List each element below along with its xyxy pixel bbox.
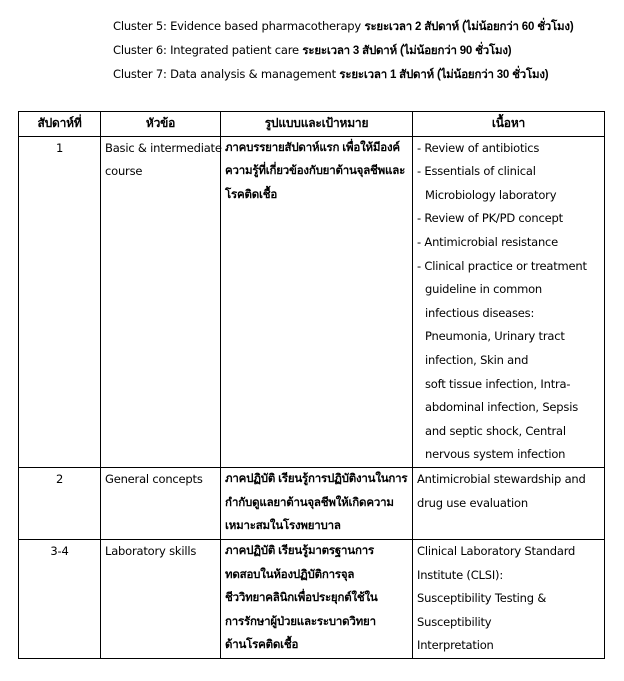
cell-goal: ภาคปฏิบัติ เรียนรู้การปฏิบัติงานในการกำก…	[221, 467, 413, 539]
cluster-duration: ระยะเวลา 2 สัปดาห์ (ไม่น้อยกว่า 60 ชั่วโ…	[364, 21, 573, 33]
cluster-label: Cluster 5: Evidence based pharmacotherap…	[113, 19, 361, 33]
cell-goal: ภาคปฏิบัติ เรียนรู้มาตรฐานการทดสอบในห้อง…	[221, 539, 413, 658]
cell-topic-line: Basic & intermediate	[105, 137, 216, 161]
cell-goal-line: ความรู้ที่เกี่ยวข้องกับยาต้านจุลชีพและ	[225, 160, 408, 184]
cell-content-line: Pneumonia, Urinary tract	[417, 325, 600, 349]
cell-goal-line: การรักษาผู้ป่วยและระบาดวิทยา	[225, 611, 408, 635]
cell-content-line: drug use evaluation	[417, 492, 600, 516]
cluster-list: Cluster 5: Evidence based pharmacotherap…	[113, 14, 573, 86]
cell-week-line: 3-4	[23, 540, 96, 564]
cell-goal-line: ภาคปฏิบัติ เรียนรู้มาตรฐานการ	[225, 540, 408, 564]
cell-content-line: - Review of PK/PD concept	[417, 207, 600, 231]
cluster-7: Cluster 7: Data analysis & management ระ…	[113, 62, 573, 86]
cell-content-line: Antimicrobial stewardship and	[417, 468, 600, 492]
cell-goal-line: กำกับดูแลยาต้านจุลชีพให้เกิดความ	[225, 492, 408, 516]
cell-topic-line: General concepts	[105, 468, 216, 492]
cell-content: - Review of antibiotics- Essentials of c…	[413, 136, 605, 467]
cluster-5: Cluster 5: Evidence based pharmacotherap…	[113, 14, 573, 38]
cell-goal-line: ด้านโรคติดเชื้อ	[225, 634, 408, 658]
schedule-table: สัปดาห์ที่ หัวข้อ รูปแบบและเป้าหมาย เนื้…	[18, 111, 605, 659]
table-row: 1Basic & intermediatecourseภาคบรรยายสัปด…	[19, 136, 605, 467]
cell-goal-line: ภาคบรรยายสัปดาห์แรก เพื่อให้มีองค์	[225, 137, 408, 161]
table-header-row: สัปดาห์ที่ หัวข้อ รูปแบบและเป้าหมาย เนื้…	[19, 112, 605, 137]
cluster-duration: ระยะเวลา 3 สัปดาห์ (ไม่น้อยกว่า 90 ชั่วโ…	[302, 45, 511, 57]
cell-content-line: Clinical Laboratory Standard	[417, 540, 600, 564]
cell-content-line: - Review of antibiotics	[417, 137, 600, 161]
cell-goal-line: โรคติดเชื้อ	[225, 184, 408, 208]
cell-content: Antimicrobial stewardship anddrug use ev…	[413, 467, 605, 539]
cell-goal-line: เหมาะสมในโรงพยาบาล	[225, 515, 408, 539]
cell-goal: ภาคบรรยายสัปดาห์แรก เพื่อให้มีองค์ความรู…	[221, 136, 413, 467]
cell-content-line: infection, Skin and	[417, 349, 600, 373]
cell-content-line: infectious diseases:	[417, 302, 600, 326]
table-row: 3-4Laboratory skillsภาคปฏิบัติ เรียนรู้ม…	[19, 539, 605, 658]
cell-topic-line: Laboratory skills	[105, 540, 216, 564]
cluster-duration: ระยะเวลา 1 สัปดาห์ (ไม่น้อยกว่า 30 ชั่วโ…	[339, 69, 548, 81]
cell-content-line: - Antimicrobial resistance	[417, 231, 600, 255]
header-content: เนื้อหา	[413, 112, 605, 137]
cluster-label: Cluster 7: Data analysis & management	[113, 67, 336, 81]
cell-week: 2	[19, 467, 101, 539]
table-row: 2General conceptsภาคปฏิบัติ เรียนรู้การป…	[19, 467, 605, 539]
cell-week: 1	[19, 136, 101, 467]
cell-content-line: Susceptibility Testing &	[417, 587, 600, 611]
cell-content-line: soft tissue infection, Intra-	[417, 373, 600, 397]
cell-week: 3-4	[19, 539, 101, 658]
cell-topic: Basic & intermediatecourse	[101, 136, 221, 467]
cell-content-line: guideline in common	[417, 278, 600, 302]
header-week: สัปดาห์ที่	[19, 112, 101, 137]
cell-week-line: 1	[23, 137, 96, 161]
cell-content-line: Microbiology laboratory	[417, 184, 600, 208]
cell-content-line: nervous system infection	[417, 443, 600, 467]
cell-goal-line: ภาคปฏิบัติ เรียนรู้การปฏิบัติงานในการ	[225, 468, 408, 492]
cell-goal-line: ทดสอบในห้องปฏิบัติการจุล	[225, 564, 408, 588]
cell-topic-line: course	[105, 160, 216, 184]
cell-week-line: 2	[23, 468, 96, 492]
cluster-6: Cluster 6: Integrated patient care ระยะเ…	[113, 38, 573, 62]
cell-content-line: and septic shock, Central	[417, 420, 600, 444]
cell-content-line: Susceptibility	[417, 611, 600, 635]
cell-content-line: - Essentials of clinical	[417, 160, 600, 184]
cell-goal-line: ชีววิทยาคลินิกเพื่อประยุกต์ใช้ใน	[225, 587, 408, 611]
cell-content-line: Interpretation	[417, 634, 600, 658]
cluster-label: Cluster 6: Integrated patient care	[113, 43, 299, 57]
cell-content: Clinical Laboratory StandardInstitute (C…	[413, 539, 605, 658]
cell-topic: General concepts	[101, 467, 221, 539]
cell-content-line: - Clinical practice or treatment	[417, 255, 600, 279]
cell-topic: Laboratory skills	[101, 539, 221, 658]
header-topic: หัวข้อ	[101, 112, 221, 137]
cell-content-line: Institute (CLSI):	[417, 564, 600, 588]
cell-content-line: abdominal infection, Sepsis	[417, 396, 600, 420]
header-format-goal: รูปแบบและเป้าหมาย	[221, 112, 413, 137]
